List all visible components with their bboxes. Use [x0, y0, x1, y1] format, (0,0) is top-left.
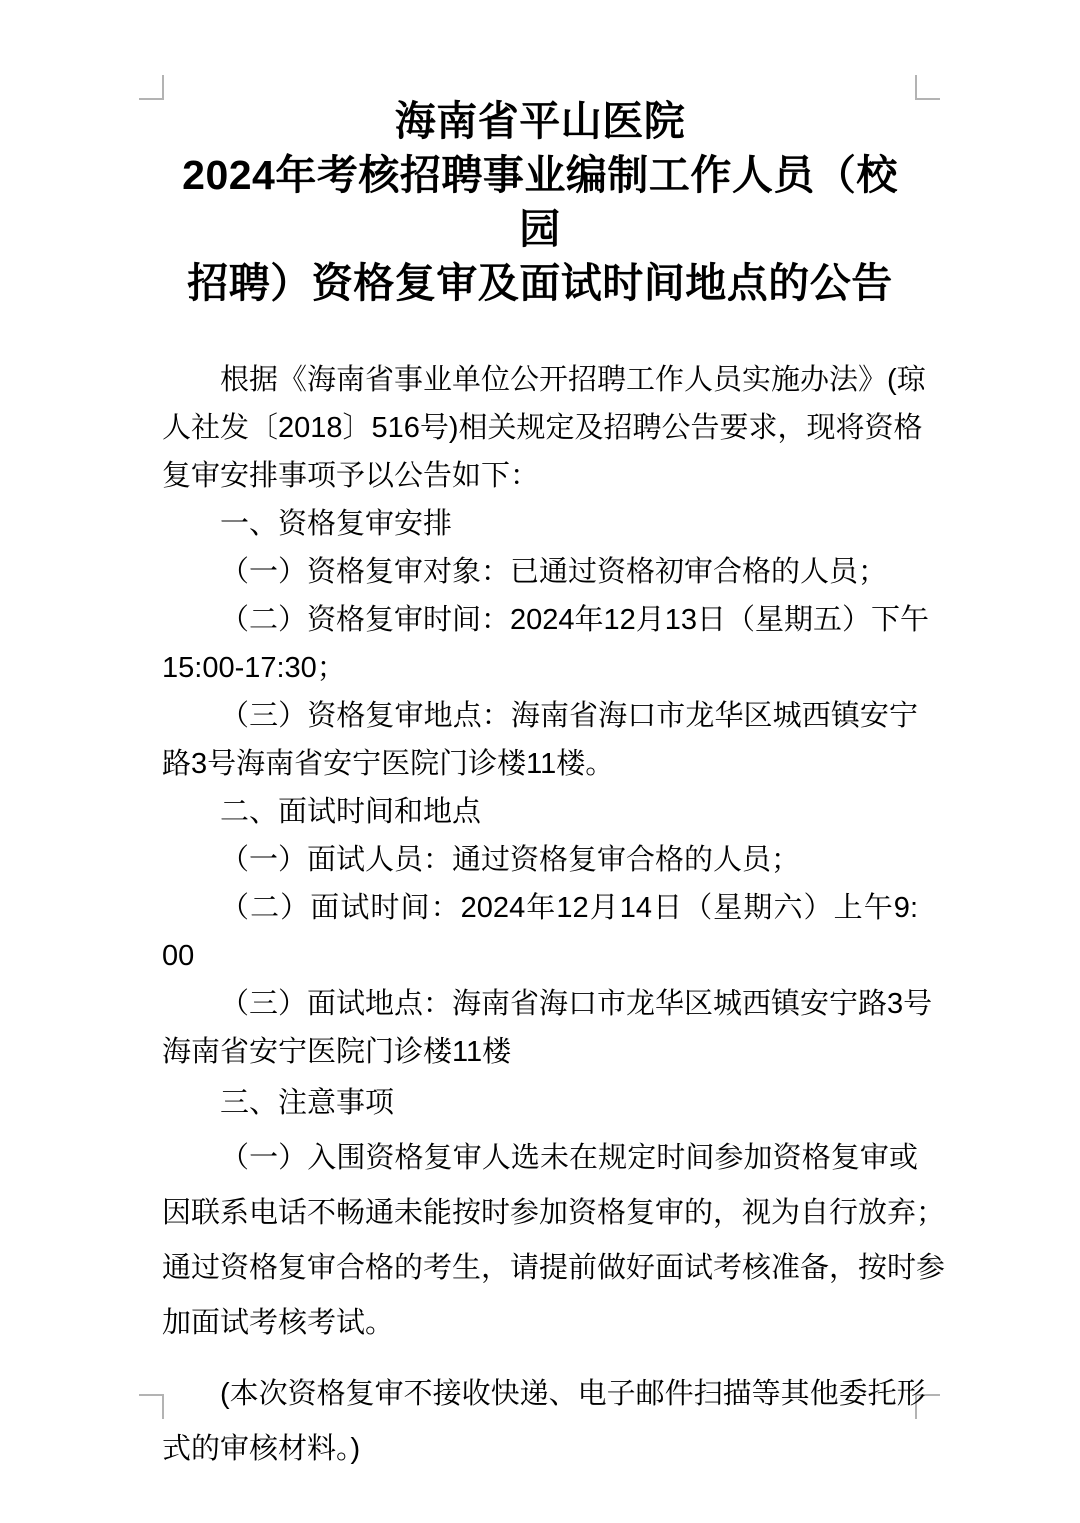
text-line: 因联系电话不畅通未能按时参加资格复审的，视为自行放弃； [162, 1186, 918, 1241]
section-1-item-3: （三）资格复审地点：海南省海口市龙华区城西镇安宁路3号海南省安宁医院门诊楼11楼… [162, 692, 918, 788]
document-body: 根据《海南省事业单位公开招聘工作人员实施办法》(琼人社发〔2018〕516号)相… [162, 356, 918, 1477]
text-line: 一、资格复审安排 [162, 500, 918, 548]
text-line: 二、面试时间和地点 [162, 788, 918, 836]
text-line: （二）面试时间：2024年12月14日（星期六）上午9: [162, 884, 918, 932]
text-line: 通过资格复审合格的考生，请提前做好面试考核准备，按时参 [162, 1241, 918, 1296]
document-page: 海南省平山医院2024年考核招聘事业编制工作人员（校园招聘）资格复审及面试时间地… [0, 0, 1080, 1523]
section-3-item-1: （一）入围资格复审人选未在规定时间参加资格复审或因联系电话不畅通未能按时参加资格… [162, 1131, 918, 1351]
text-line: （三）面试地点：海南省海口市龙华区城西镇安宁路3号 [162, 980, 918, 1028]
text-line: 00 [162, 932, 918, 980]
intro-paragraph: 根据《海南省事业单位公开招聘工作人员实施办法》(琼人社发〔2018〕516号)相… [162, 356, 918, 500]
text-line: 三、注意事项 [162, 1076, 918, 1131]
text-line: 人社发〔2018〕516号)相关规定及招聘公告要求，现将资格 [162, 404, 918, 452]
document-title: 海南省平山医院2024年考核招聘事业编制工作人员（校园招聘）资格复审及面试时间地… [162, 94, 918, 310]
text-line: 式的审核材料。) [162, 1422, 918, 1477]
text-line: 15:00-17:30； [162, 644, 918, 692]
title-line: 2024年考核招聘事业编制工作人员（校园 [162, 148, 918, 256]
text-line: （三）资格复审地点：海南省海口市龙华区城西镇安宁 [162, 692, 918, 740]
section-1-item-2: （二）资格复审时间：2024年12月13日（星期五）下午15:00-17:30； [162, 596, 918, 692]
text-line: （一）面试人员：通过资格复审合格的人员； [162, 836, 918, 884]
section-2-heading: 二、面试时间和地点 [162, 788, 918, 836]
page-content: 海南省平山医院2024年考核招聘事业编制工作人员（校园招聘）资格复审及面试时间地… [162, 94, 918, 1477]
section-2-item-2: （二）面试时间：2024年12月14日（星期六）上午9:00 [162, 884, 918, 980]
crop-mark-bottom-left [139, 1394, 164, 1419]
text-line: （一）入围资格复审人选未在规定时间参加资格复审或 [162, 1131, 918, 1186]
crop-mark-top-right [915, 75, 940, 100]
section-1-heading: 一、资格复审安排 [162, 500, 918, 548]
text-line: （二）资格复审时间：2024年12月13日（星期五）下午 [162, 596, 918, 644]
section-1-item-1: （一）资格复审对象：已通过资格初审合格的人员； [162, 548, 918, 596]
text-line: 路3号海南省安宁医院门诊楼11楼。 [162, 740, 918, 788]
text-line: 海南省安宁医院门诊楼11楼 [162, 1028, 918, 1076]
title-line: 海南省平山医院 [162, 94, 918, 148]
note-paragraph: (本次资格复审不接收快递、电子邮件扫描等其他委托形式的审核材料。) [162, 1367, 918, 1477]
section-2-item-3: （三）面试地点：海南省海口市龙华区城西镇安宁路3号海南省安宁医院门诊楼11楼 [162, 980, 918, 1076]
text-line: 根据《海南省事业单位公开招聘工作人员实施办法》(琼 [162, 356, 918, 404]
section-3-heading: 三、注意事项 [162, 1076, 918, 1131]
crop-mark-top-left [139, 75, 164, 100]
text-line: (本次资格复审不接收快递、电子邮件扫描等其他委托形 [162, 1367, 918, 1422]
text-line: 加面试考核考试。 [162, 1296, 918, 1351]
text-line: 复审安排事项予以公告如下： [162, 452, 918, 500]
text-line: （一）资格复审对象：已通过资格初审合格的人员； [162, 548, 918, 596]
section-2-item-1: （一）面试人员：通过资格复审合格的人员； [162, 836, 918, 884]
title-line: 招聘）资格复审及面试时间地点的公告 [162, 256, 918, 310]
